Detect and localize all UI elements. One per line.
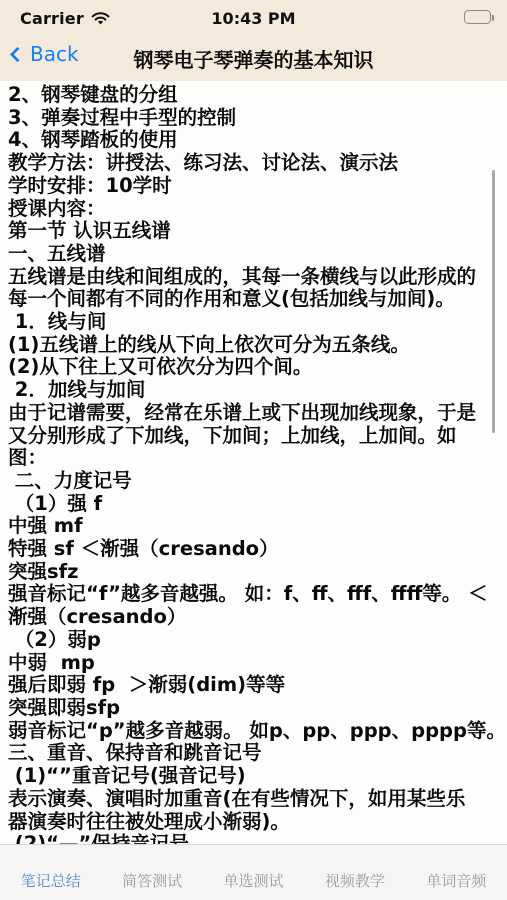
tab-label: 单词音频 bbox=[426, 870, 486, 891]
note-content[interactable]: 2、钢琴键盘的分组 3、弹奏过程中手型的控制 4、钢琴踏板的使用 教学方法：讲授… bbox=[0, 81, 507, 845]
tab-item[interactable]: 简答测试 bbox=[101, 845, 202, 900]
scrollbar-thumb[interactable] bbox=[492, 170, 496, 433]
content-line: 一、五线谱 bbox=[8, 243, 507, 266]
battery-icon bbox=[464, 10, 491, 24]
back-label: Back bbox=[30, 42, 79, 66]
app-screen: Carrier 10:43 PM 钢琴电子琴弹奏的基本知识 Back 2、钢琴键… bbox=[0, 0, 507, 900]
tab-item[interactable]: 单词音频 bbox=[406, 845, 507, 900]
content-line: 表示演奏、演唱时加重音(在有些情况下，如用某些乐 bbox=[8, 788, 507, 811]
content-line: 中弱 mp bbox=[8, 652, 507, 675]
tab-label: 视频教学 bbox=[325, 870, 385, 891]
content-line: 授课内容： bbox=[8, 198, 507, 221]
content-line: 学时安排：10学时 bbox=[8, 175, 507, 198]
content-line: （2）弱p bbox=[8, 629, 507, 652]
content-line: 4、钢琴踏板的使用 bbox=[8, 129, 507, 152]
content-line: （1）强 f bbox=[8, 493, 507, 516]
content-line: 3、弹奏过程中手型的控制 bbox=[8, 107, 507, 130]
content-line: 2．加线与加间 bbox=[8, 379, 507, 402]
content-line: 二、力度记号 bbox=[8, 470, 507, 493]
content-line: 第一节 认识五线谱 bbox=[8, 220, 507, 243]
content-line: (1)五线谱上的线从下向上依次可分为五条线。 bbox=[8, 334, 507, 357]
content-line: 突强即弱sfp bbox=[8, 697, 507, 720]
tab-bar: 笔记总结 简答测试 单选测试 视频教学 单词音频 bbox=[0, 844, 507, 900]
content-line: 2、钢琴键盘的分组 bbox=[8, 84, 507, 107]
chevron-left-icon bbox=[10, 46, 26, 62]
content-line: 弱音标记“p”越多音越弱。 如p、pp、ppp、pppp等。 bbox=[8, 720, 507, 743]
status-bar: Carrier 10:43 PM bbox=[0, 0, 507, 36]
content-line: (2)从下往上又可依次分为四个间。 bbox=[8, 356, 507, 379]
nav-bar: 钢琴电子琴弹奏的基本知识 Back bbox=[0, 36, 507, 81]
content-line: 三、重音、保持音和跳音记号 bbox=[8, 742, 507, 765]
tab-label: 单选测试 bbox=[224, 870, 284, 891]
content-line: 器演奏时往往被处理成小渐弱)。 bbox=[8, 811, 507, 834]
status-time: 10:43 PM bbox=[0, 9, 507, 28]
content-line: 1．线与间 bbox=[8, 311, 507, 334]
content-line: 由于记谱需要，经常在乐谱上或下出现加线现象，于是 bbox=[8, 402, 507, 425]
content-line: 特强 sf ＜渐强（cresando） bbox=[8, 538, 507, 561]
content-line: 又分别形成了下加线，下加间；上加线，上加间。如 bbox=[8, 425, 507, 448]
tab-item[interactable]: 视频教学 bbox=[304, 845, 405, 900]
tab-item[interactable]: 笔记总结 bbox=[0, 845, 101, 900]
tab-label: 笔记总结 bbox=[21, 870, 81, 891]
content-line: 中强 mf bbox=[8, 515, 507, 538]
tab-label: 简答测试 bbox=[122, 870, 182, 891]
content-line: 图： bbox=[8, 447, 507, 470]
content-line: 教学方法：讲授法、练习法、讨论法、演示法 bbox=[8, 152, 507, 175]
content-line: 渐强（cresando） bbox=[8, 606, 507, 629]
content-line: 强音标记“f”越多音越强。 如：f、ff、fff、ffff等。 ＜ bbox=[8, 583, 507, 606]
content-line: 每一个间都有不同的作用和意义(包括加线与加间)。 bbox=[8, 288, 507, 311]
tab-item[interactable]: 单选测试 bbox=[203, 845, 304, 900]
battery-cap bbox=[492, 15, 495, 21]
content-line: 突强sfz bbox=[8, 561, 507, 584]
back-button[interactable]: Back bbox=[12, 42, 79, 66]
content-line: 五线谱是由线和间组成的，其每一条横线与以此形成的 bbox=[8, 266, 507, 289]
content-line: (1)“”重音记号(强音记号) bbox=[8, 765, 507, 788]
content-line: 强后即弱 fp ＞渐弱(dim)等等 bbox=[8, 674, 507, 697]
